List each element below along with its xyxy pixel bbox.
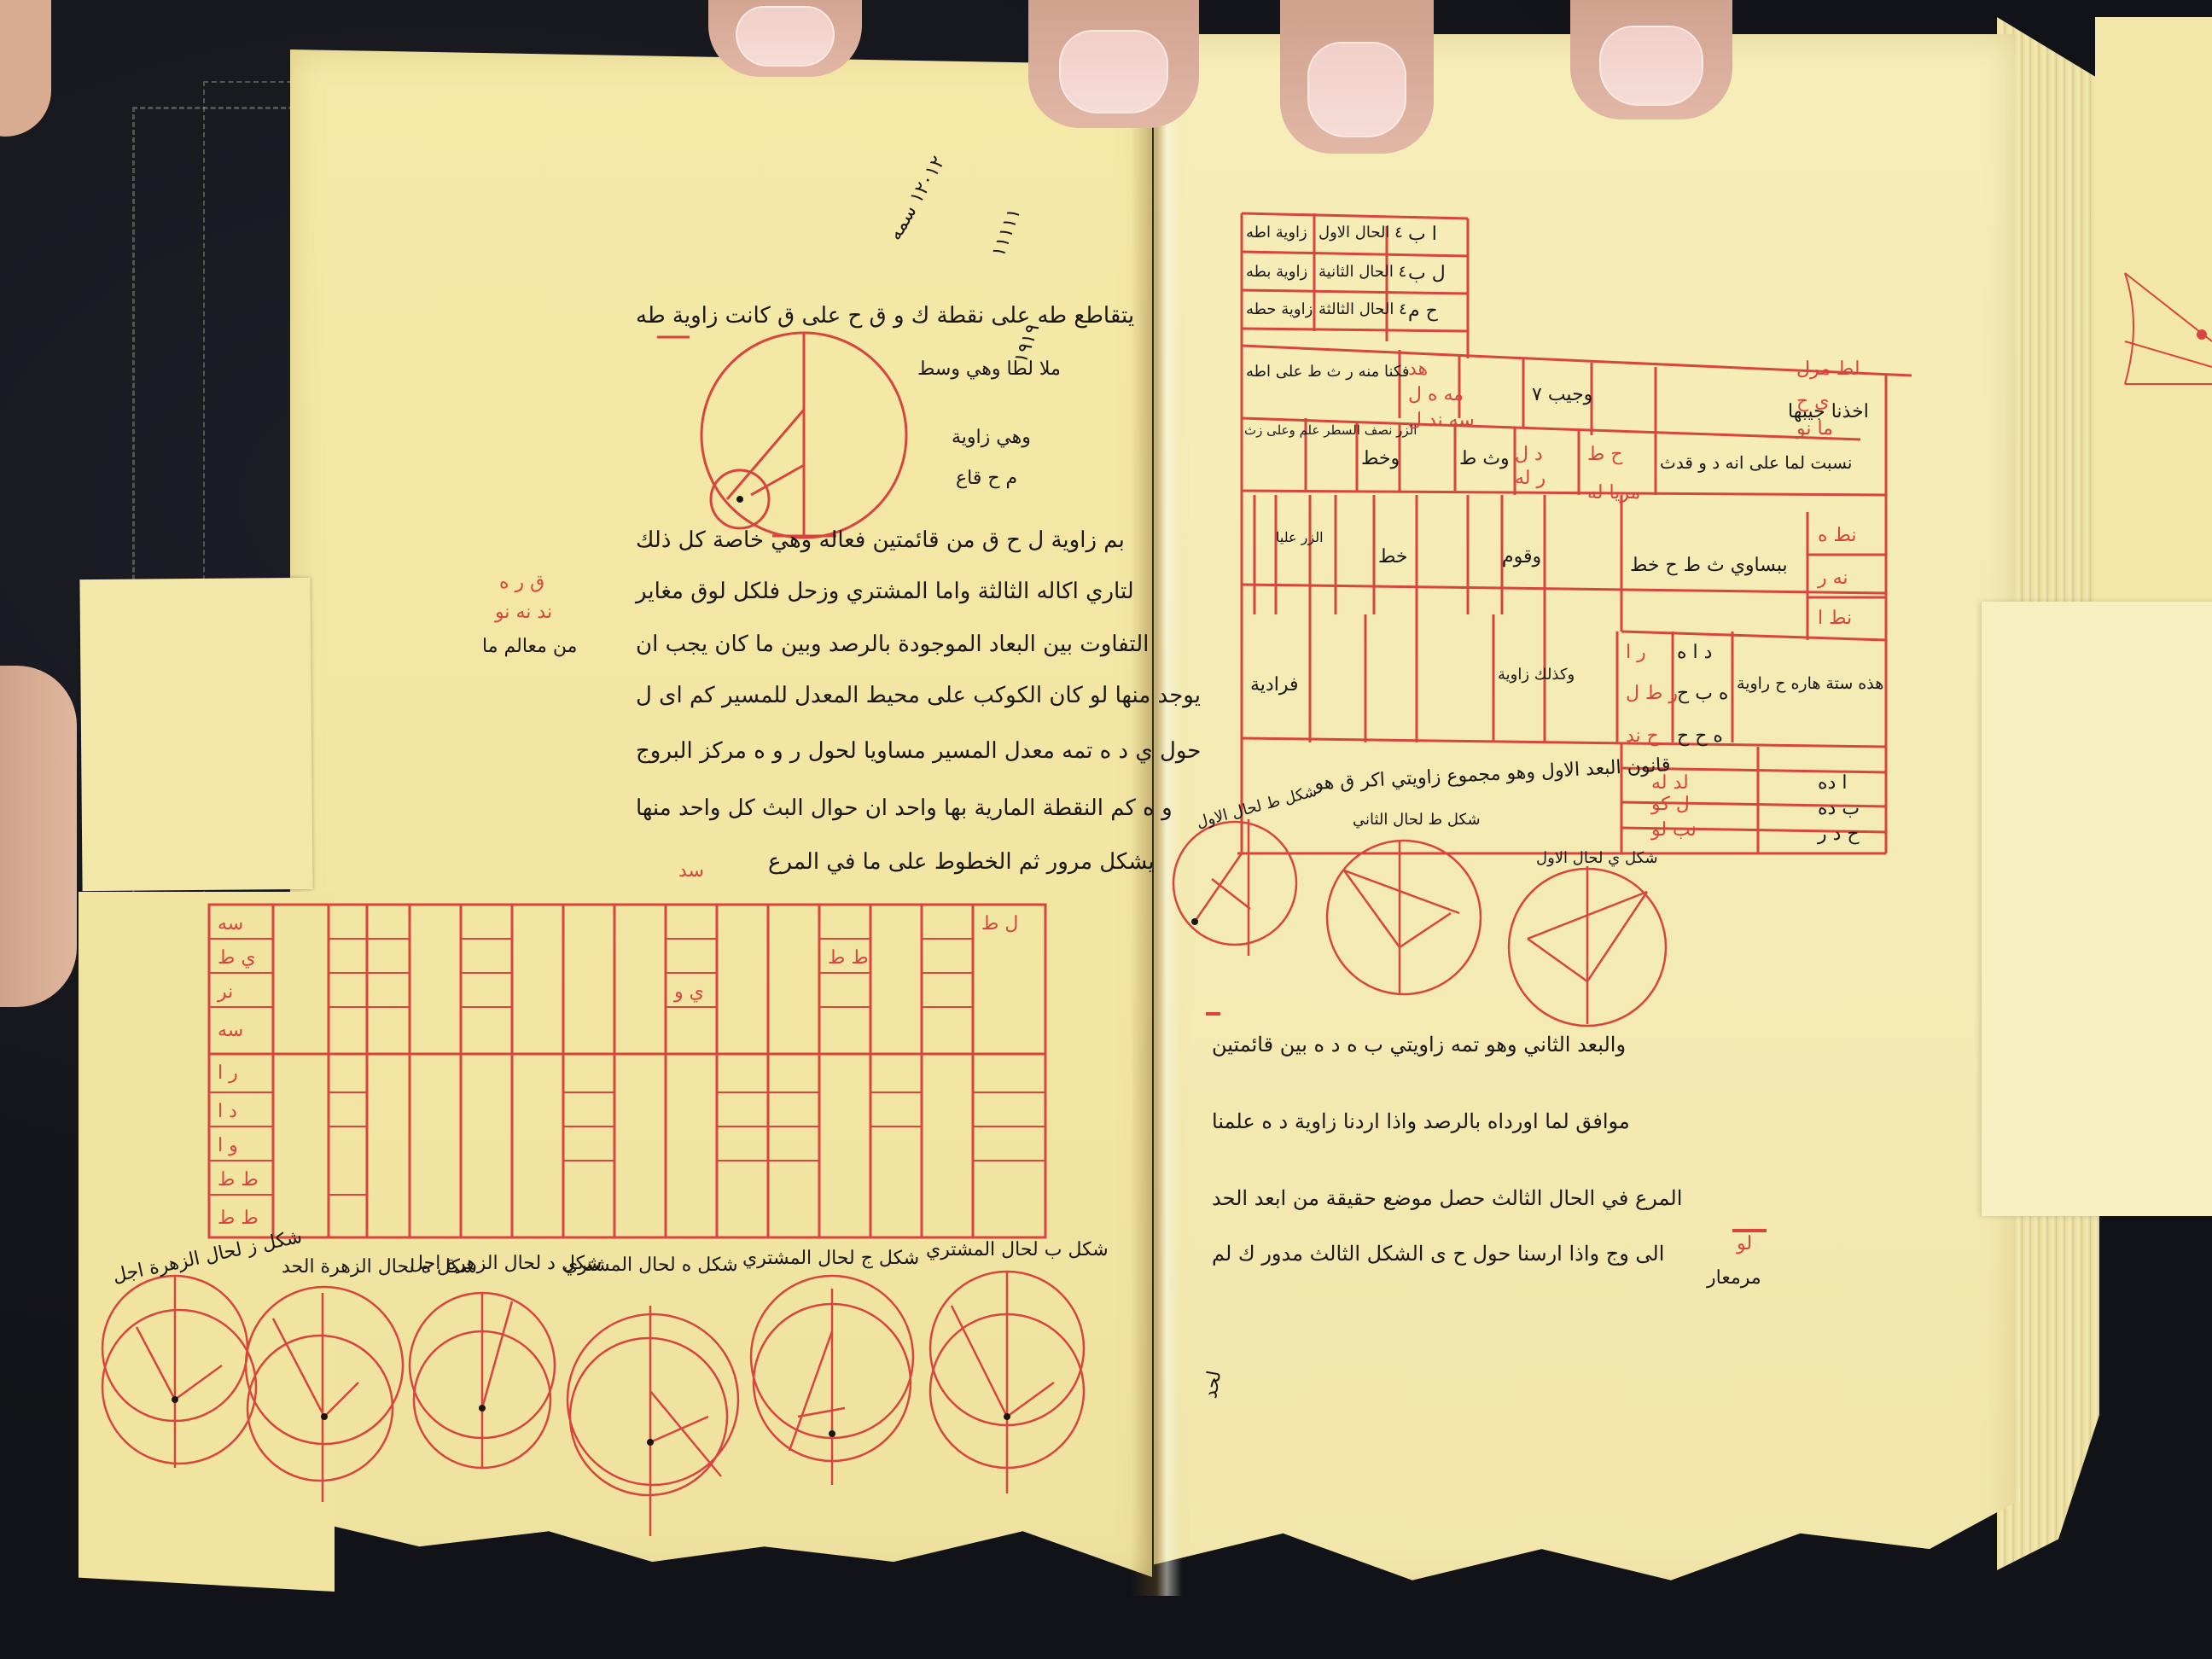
left-diagrams (102, 1272, 1084, 1536)
right-big-table (1237, 346, 1912, 853)
left-table-border (209, 905, 1045, 1237)
left-table-rows (209, 939, 1045, 1195)
adjacent-page-diagram (2125, 273, 2212, 384)
right-diagrams (1173, 819, 1666, 1026)
red-overlines (1206, 1014, 1767, 1231)
diagram-point-dots (172, 329, 2207, 1446)
manuscript-photo: ١٢٠١٢ سمه ١١١١١ ١٩١٩ يتقاطع طه على نقطة … (0, 0, 2212, 1659)
ink-drawings (0, 0, 2212, 1659)
left-table-columns (273, 905, 973, 1237)
